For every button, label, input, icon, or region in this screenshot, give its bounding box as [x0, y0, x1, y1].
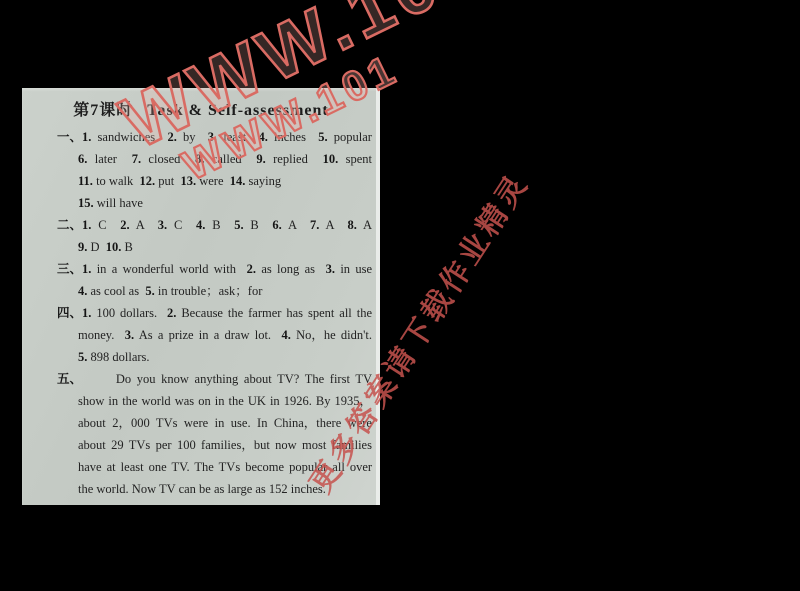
section-marker: 三、	[57, 262, 82, 276]
lesson-number-label: 第7课时	[73, 102, 133, 119]
answer-line: 5. 898 dollars.	[57, 346, 372, 368]
answer-line: 四、1. 100 dollars. 2. Because the farmer …	[57, 302, 372, 324]
answer-line: 9. D 10. B	[57, 236, 372, 258]
answer-line: the world. Now TV can be as large as 152…	[57, 478, 372, 500]
section-marker: 五、	[57, 372, 82, 386]
answer-line: 三、1. in a wonderful world with 2. as lon…	[57, 258, 372, 280]
answer-body: 一、1. sandwiches 2. by 3. least 4. inches…	[57, 126, 372, 500]
answer-section: 二、1. C 2. A 3. C 4. B 5. B 6. A 7. A 8. …	[57, 214, 372, 258]
answer-line: 一、1. sandwiches 2. by 3. least 4. inches…	[57, 126, 372, 148]
answer-line: 五、 Do you know anything about TV? The fi…	[57, 368, 372, 390]
answer-line: money. 3. As a prize in a draw lot. 4. N…	[57, 324, 372, 346]
page-title: 第7课时Task & Self-assessment	[22, 97, 380, 120]
lesson-title-text: Task & Self-assessment	[147, 102, 328, 119]
answer-line: 6. later 7. closed 8. called 9. replied …	[57, 148, 372, 170]
answer-line: about 2，000 TVs were in use. In China，th…	[57, 412, 372, 434]
answer-line: 15. will have	[57, 192, 372, 214]
answer-line: 11. to walk 12. put 13. were 14. saying	[57, 170, 372, 192]
section-marker: 四、	[57, 306, 82, 320]
answer-line: about 29 TVs per 100 families，but now mo…	[57, 434, 372, 456]
answer-section: 五、 Do you know anything about TV? The fi…	[57, 368, 372, 500]
photo-viewer-backdrop: 第7课时Task & Self-assessment 一、1. sandwich…	[0, 0, 800, 591]
answer-section: 四、1. 100 dollars. 2. Because the farmer …	[57, 302, 372, 368]
answer-section: 三、1. in a wonderful world with 2. as lon…	[57, 258, 372, 302]
section-marker: 一、	[57, 130, 82, 144]
answer-section: 一、1. sandwiches 2. by 3. least 4. inches…	[57, 126, 372, 214]
answer-line: show in the world was on in the UK in 19…	[57, 390, 372, 412]
answer-line: 4. as cool as 5. in trouble；ask；for	[57, 280, 372, 302]
answer-line: have at least one TV. The TVs become pop…	[57, 456, 372, 478]
section-marker: 二、	[57, 218, 82, 232]
scanned-answer-page: 第7课时Task & Self-assessment 一、1. sandwich…	[22, 88, 380, 505]
answer-line: 二、1. C 2. A 3. C 4. B 5. B 6. A 7. A 8. …	[57, 214, 372, 236]
